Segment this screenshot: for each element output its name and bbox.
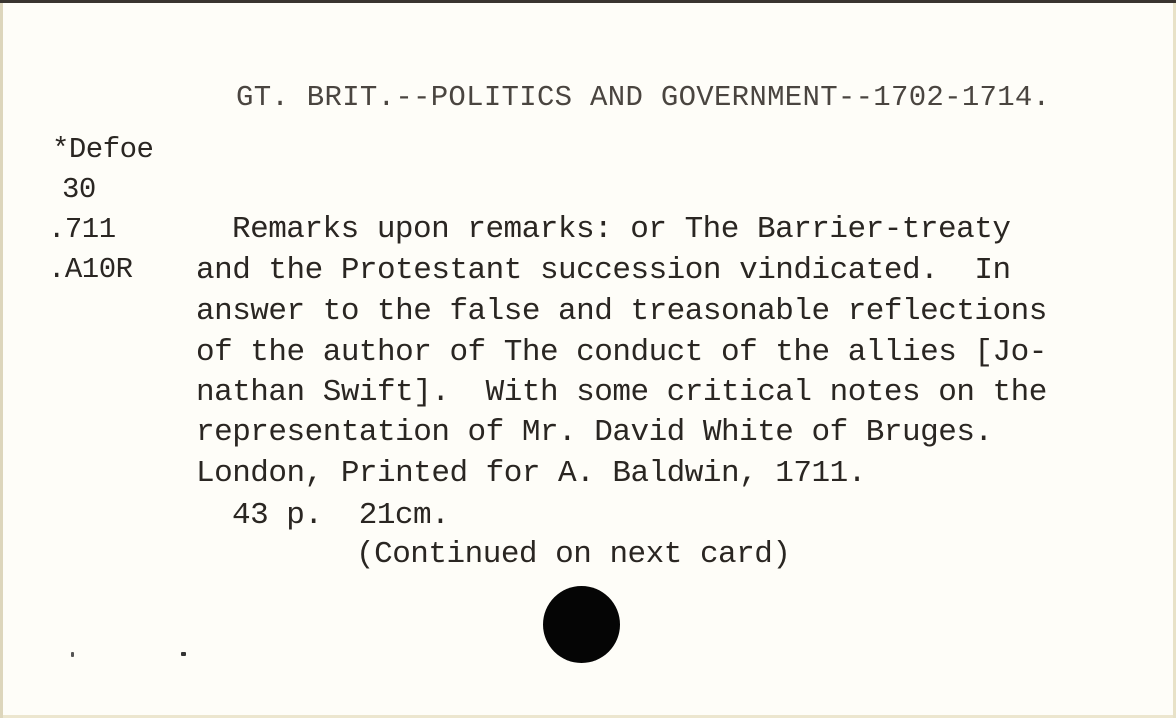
call-number-line-2: 30 <box>62 170 96 210</box>
body-line-3: answer to the false and treasonable refl… <box>196 292 1047 332</box>
body-line-6: representation of Mr. David White of Bru… <box>196 413 993 453</box>
body-line-1: Remarks upon remarks: or The Barrier-tre… <box>232 210 1010 250</box>
body-line-4: of the author of The conduct of the alli… <box>196 333 1047 373</box>
call-number-line-3: .711 <box>48 210 116 250</box>
collation: 43 p. 21cm. <box>232 496 449 536</box>
punch-hole <box>543 586 620 663</box>
body-line-5: nathan Swift]. With some critical notes … <box>196 373 1047 413</box>
call-number-line-4: .A10R <box>48 250 133 290</box>
speck-mark <box>181 652 186 656</box>
subject-heading: GT. BRIT.--POLITICS AND GOVERNMENT--1702… <box>236 78 1050 118</box>
body-line-7: London, Printed for A. Baldwin, 1711. <box>196 454 866 494</box>
speck-mark <box>71 652 74 657</box>
body-line-2: and the Protestant succession vindicated… <box>196 251 1011 291</box>
call-number-line-1: *Defoe <box>52 130 153 170</box>
continuation-note: (Continued on next card) <box>356 535 790 575</box>
catalog-card: GT. BRIT.--POLITICS AND GOVERNMENT--1702… <box>0 0 1176 718</box>
